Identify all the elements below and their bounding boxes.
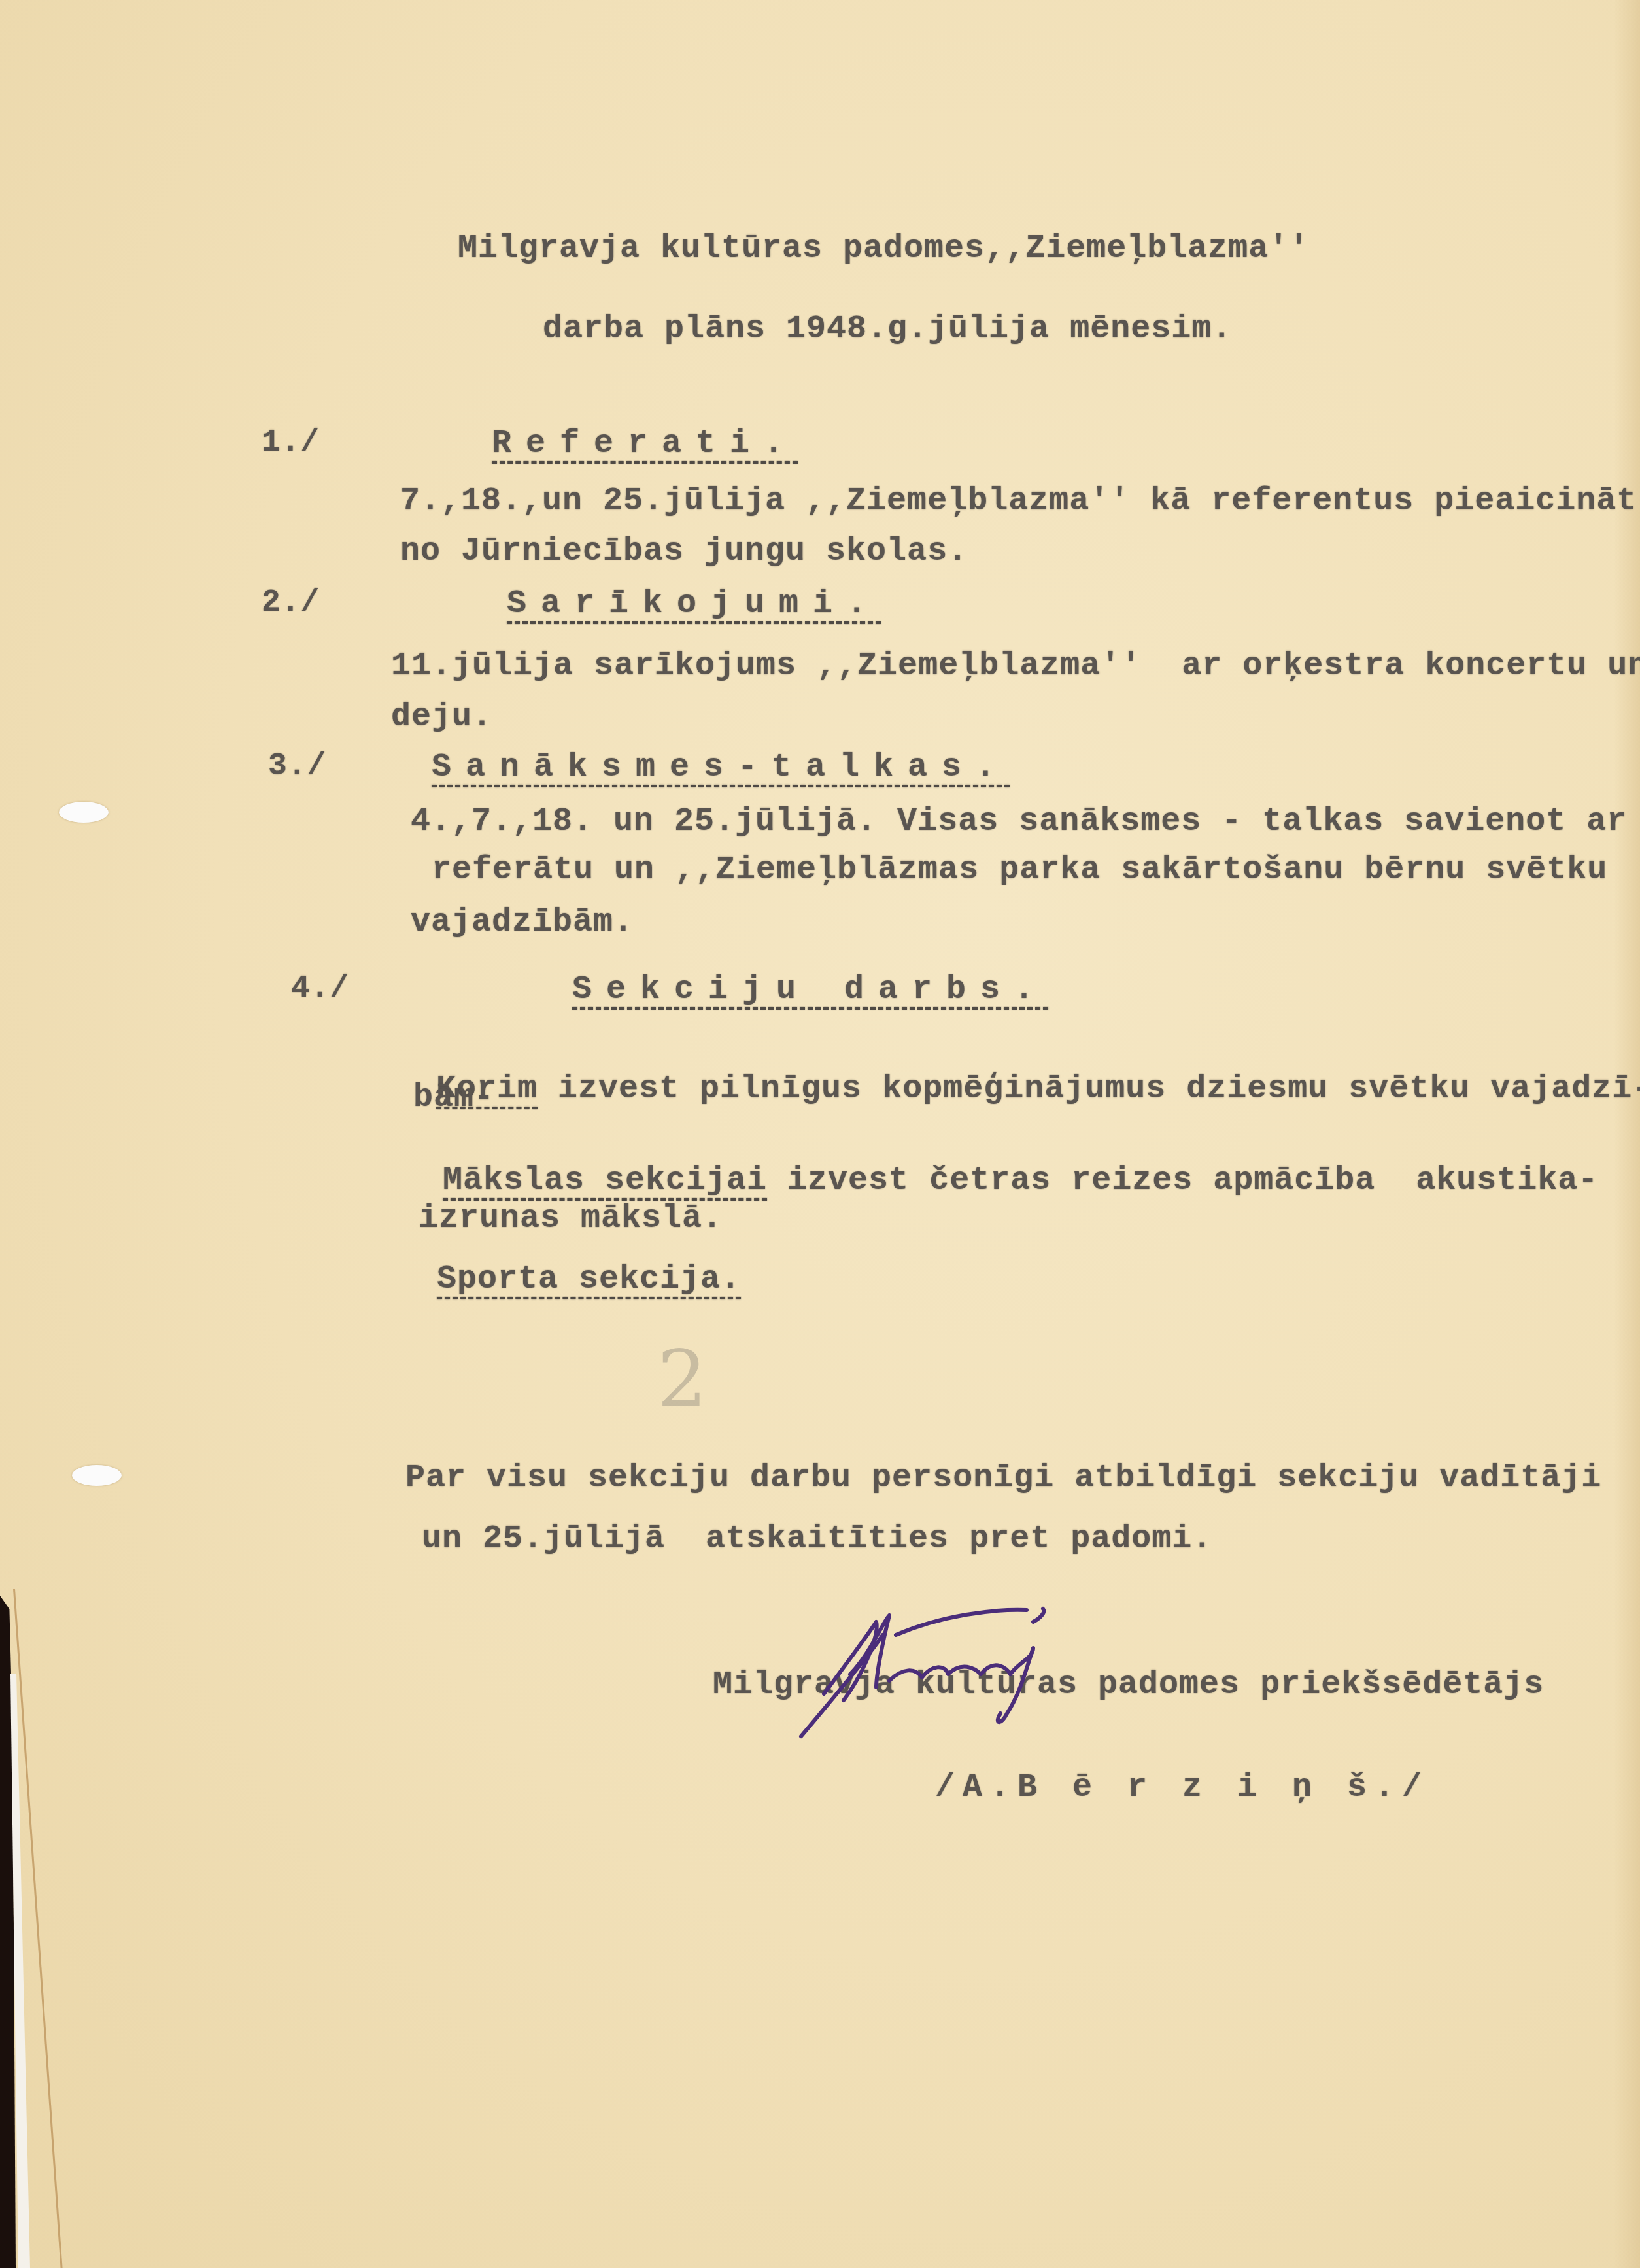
closing-line: Par visu sekciju darbu personīgi atbildī… xyxy=(405,1460,1601,1497)
section-body-line: deju. xyxy=(391,698,492,736)
closing-line: un 25.jūlijā atskaitīties pret padomi. xyxy=(422,1521,1212,1558)
punch-hole-icon xyxy=(59,802,109,823)
section-item-continuation: bām- xyxy=(413,1079,494,1116)
signature-name: /A.B ē r z i ņ š./ xyxy=(935,1769,1429,1806)
section-heading: Sanāksmes-talkas. xyxy=(432,749,1010,786)
section-body-line: referātu un ,,Ziemeļblāzmas parka sakārt… xyxy=(432,851,1607,889)
section-number: 4./ xyxy=(291,971,349,1006)
section-body-line: vajadzībām. xyxy=(411,904,634,941)
section-body-line: 11.jūlija sarīkojums ,,Ziemeļblazma'' ar… xyxy=(391,647,1640,685)
section-item-label: Mākslas sekcijai xyxy=(443,1162,767,1199)
document-title-line-2: darba plāns 1948.g.jūlija mēnesim. xyxy=(543,311,1232,348)
section-item: Mākslas sekcijai izvest četras reizes ap… xyxy=(402,1125,1598,1199)
section-body-line: 4.,7.,18. un 25.jūlijā. Visas sanāksmes … xyxy=(411,803,1627,840)
handwritten-signature-icon xyxy=(785,1596,1125,1759)
section-body-line: no Jūrniecības jungu skolas. xyxy=(400,533,968,570)
section-item: Ķorim izvest pilnīgus kopmēģinājumus dzi… xyxy=(396,1033,1640,1108)
section-item-text: izvest četras reizes apmācība akustika- xyxy=(767,1162,1598,1199)
section-heading: Sarīkojumi. xyxy=(507,585,881,623)
section-item-label: Sporta sekcija. xyxy=(437,1261,741,1298)
pencil-page-number: 2 xyxy=(657,1334,707,1425)
section-heading: Sekciju darbs. xyxy=(572,971,1048,1008)
section-item-text: izvest pilnīgus kopmēģinājumus dziesmu s… xyxy=(538,1071,1640,1108)
section-number: 2./ xyxy=(262,585,320,621)
document-title-line-1: Milgravja kultūras padomes,,Ziemeļblazma… xyxy=(458,230,1309,267)
paper-edge-shading xyxy=(1614,0,1640,2268)
section-number: 1./ xyxy=(262,425,320,460)
section-item-continuation: izrunas mākslā. xyxy=(419,1200,723,1237)
section-body-line: 7.,18.,un 25.jūlija ,,Ziemeļblazma'' kā … xyxy=(400,483,1637,520)
section-heading: Referati. xyxy=(492,425,798,462)
section-number: 3./ xyxy=(268,749,326,784)
punch-hole-icon xyxy=(72,1465,122,1486)
